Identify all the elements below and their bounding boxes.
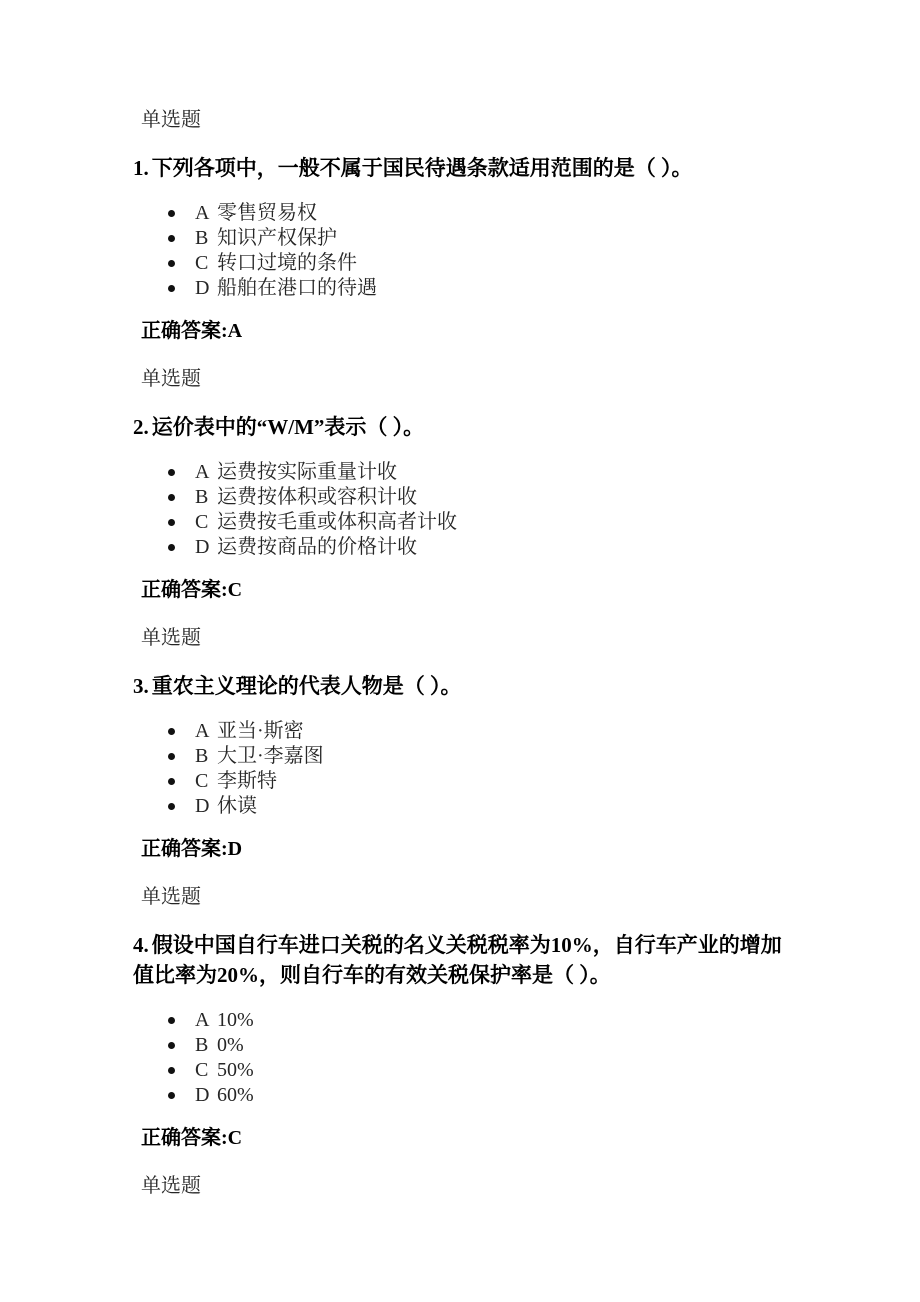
option-text: 李斯特 <box>217 769 277 794</box>
option-letter: B <box>195 1033 217 1058</box>
option-item: C 李斯特 <box>166 769 800 794</box>
option-letter: C <box>195 1058 217 1083</box>
option-item: C 运费按毛重或体积高者计收 <box>166 510 800 535</box>
bullet-icon <box>168 728 175 735</box>
option-item: D 60% <box>166 1083 800 1108</box>
question-block: 单选题 4.假设中国自行车进口关税的名义关税税率为10%，自行车产业的增加值比率… <box>133 887 800 1149</box>
answer-prefix: 正确答案: <box>141 320 228 342</box>
option-item: D 船舶在港口的待遇 <box>166 276 800 301</box>
question-number: 3. <box>133 674 149 698</box>
bullet-icon <box>168 803 175 810</box>
answer-value: C <box>228 1127 242 1149</box>
bullet-icon <box>168 210 175 217</box>
options-list: A 运费按实际重量计收 B 运费按体积或容积计收 C 运费按毛重或体积高者计收 … <box>166 460 800 560</box>
answer-line: 正确答案:C <box>141 580 800 601</box>
option-item: D 运费按商品的价格计收 <box>166 535 800 560</box>
answer-value: C <box>228 579 242 601</box>
quiz-document: 单选题 1.下列各项中，一般不属于国民待遇条款适用范围的是（ ）。 A 零售贸易… <box>0 0 920 1197</box>
option-letter: B <box>195 485 217 510</box>
question-body: 重农主义理论的代表人物是（ ）。 <box>152 674 462 698</box>
option-item: A 零售贸易权 <box>166 201 800 226</box>
bullet-icon <box>168 1092 175 1099</box>
option-letter: A <box>195 1008 217 1033</box>
bullet-icon <box>168 260 175 267</box>
question-body: 运价表中的“W/M”表示（ ）。 <box>152 415 424 439</box>
question-type-label: 单选题 <box>141 628 800 649</box>
bullet-icon <box>168 1042 175 1049</box>
question-text: 1.下列各项中，一般不属于国民待遇条款适用范围的是（ ）。 <box>133 153 800 183</box>
answer-line: 正确答案:D <box>141 839 800 860</box>
option-letter: D <box>195 276 217 301</box>
option-letter: C <box>195 510 217 535</box>
answer-prefix: 正确答案: <box>141 1127 228 1149</box>
question-text: 4.假设中国自行车进口关税的名义关税税率为10%，自行车产业的增加值比率为20%… <box>133 930 800 990</box>
question-text: 3.重农主义理论的代表人物是（ ）。 <box>133 671 800 701</box>
option-letter: D <box>195 535 217 560</box>
question-type-label: 单选题 <box>141 887 800 908</box>
question-number: 2. <box>133 415 149 439</box>
option-text: 船舶在港口的待遇 <box>217 276 377 301</box>
answer-line: 正确答案:A <box>141 321 800 342</box>
question-type-label: 单选题 <box>141 110 800 131</box>
option-text: 知识产权保护 <box>217 226 337 251</box>
option-text: 大卫·李嘉图 <box>217 744 324 769</box>
option-item: C 转口过境的条件 <box>166 251 800 276</box>
bullet-icon <box>168 469 175 476</box>
question-type-label: 单选题 <box>141 369 800 390</box>
answer-value: D <box>228 838 242 860</box>
question-text: 2.运价表中的“W/M”表示（ ）。 <box>133 412 800 442</box>
bullet-icon <box>168 494 175 501</box>
option-letter: B <box>195 226 217 251</box>
option-text: 0% <box>217 1033 244 1058</box>
option-letter: B <box>195 744 217 769</box>
option-item: A 亚当·斯密 <box>166 719 800 744</box>
option-text: 运费按实际重量计收 <box>217 460 397 485</box>
option-letter: D <box>195 1083 217 1108</box>
option-text: 10% <box>217 1008 254 1033</box>
options-list: A 零售贸易权 B 知识产权保护 C 转口过境的条件 D 船舶在港口的待遇 <box>166 201 800 301</box>
answer-prefix: 正确答案: <box>141 838 228 860</box>
option-item: B 知识产权保护 <box>166 226 800 251</box>
bullet-icon <box>168 519 175 526</box>
bullet-icon <box>168 544 175 551</box>
option-text: 60% <box>217 1083 254 1108</box>
option-text: 运费按商品的价格计收 <box>217 535 417 560</box>
option-item: B 运费按体积或容积计收 <box>166 485 800 510</box>
question-block: 单选题 1.下列各项中，一般不属于国民待遇条款适用范围的是（ ）。 A 零售贸易… <box>133 110 800 342</box>
option-item: B 0% <box>166 1033 800 1058</box>
bullet-icon <box>168 1067 175 1074</box>
question-block: 单选题 3.重农主义理论的代表人物是（ ）。 A 亚当·斯密 B 大卫·李嘉图 … <box>133 628 800 860</box>
answer-prefix: 正确答案: <box>141 579 228 601</box>
question-body: 下列各项中，一般不属于国民待遇条款适用范围的是（ ）。 <box>152 156 693 180</box>
option-item: B 大卫·李嘉图 <box>166 744 800 769</box>
bullet-icon <box>168 778 175 785</box>
option-letter: D <box>195 794 217 819</box>
option-text: 零售贸易权 <box>217 201 317 226</box>
option-letter: C <box>195 251 217 276</box>
bullet-icon <box>168 235 175 242</box>
option-text: 50% <box>217 1058 254 1083</box>
question-type-label: 单选题 <box>141 1176 800 1197</box>
option-letter: A <box>195 460 217 485</box>
option-text: 运费按体积或容积计收 <box>217 485 417 510</box>
options-list: A 亚当·斯密 B 大卫·李嘉图 C 李斯特 D 休谟 <box>166 719 800 819</box>
question-block: 单选题 2.运价表中的“W/M”表示（ ）。 A 运费按实际重量计收 B 运费按… <box>133 369 800 601</box>
option-text: 转口过境的条件 <box>217 251 357 276</box>
options-list: A 10% B 0% C 50% D 60% <box>166 1008 800 1108</box>
option-letter: C <box>195 769 217 794</box>
question-number: 4. <box>133 933 149 957</box>
option-text: 亚当·斯密 <box>217 719 304 744</box>
question-number: 1. <box>133 156 149 180</box>
bullet-icon <box>168 753 175 760</box>
option-item: A 10% <box>166 1008 800 1033</box>
answer-line: 正确答案:C <box>141 1128 800 1149</box>
bullet-icon <box>168 1017 175 1024</box>
bullet-icon <box>168 285 175 292</box>
answer-value: A <box>228 320 242 342</box>
option-item: A 运费按实际重量计收 <box>166 460 800 485</box>
option-letter: A <box>195 201 217 226</box>
option-item: C 50% <box>166 1058 800 1083</box>
question-body: 假设中国自行车进口关税的名义关税税率为10%，自行车产业的增加值比率为20%，则… <box>133 933 782 987</box>
option-letter: A <box>195 719 217 744</box>
option-text: 休谟 <box>217 794 257 819</box>
option-item: D 休谟 <box>166 794 800 819</box>
option-text: 运费按毛重或体积高者计收 <box>217 510 457 535</box>
